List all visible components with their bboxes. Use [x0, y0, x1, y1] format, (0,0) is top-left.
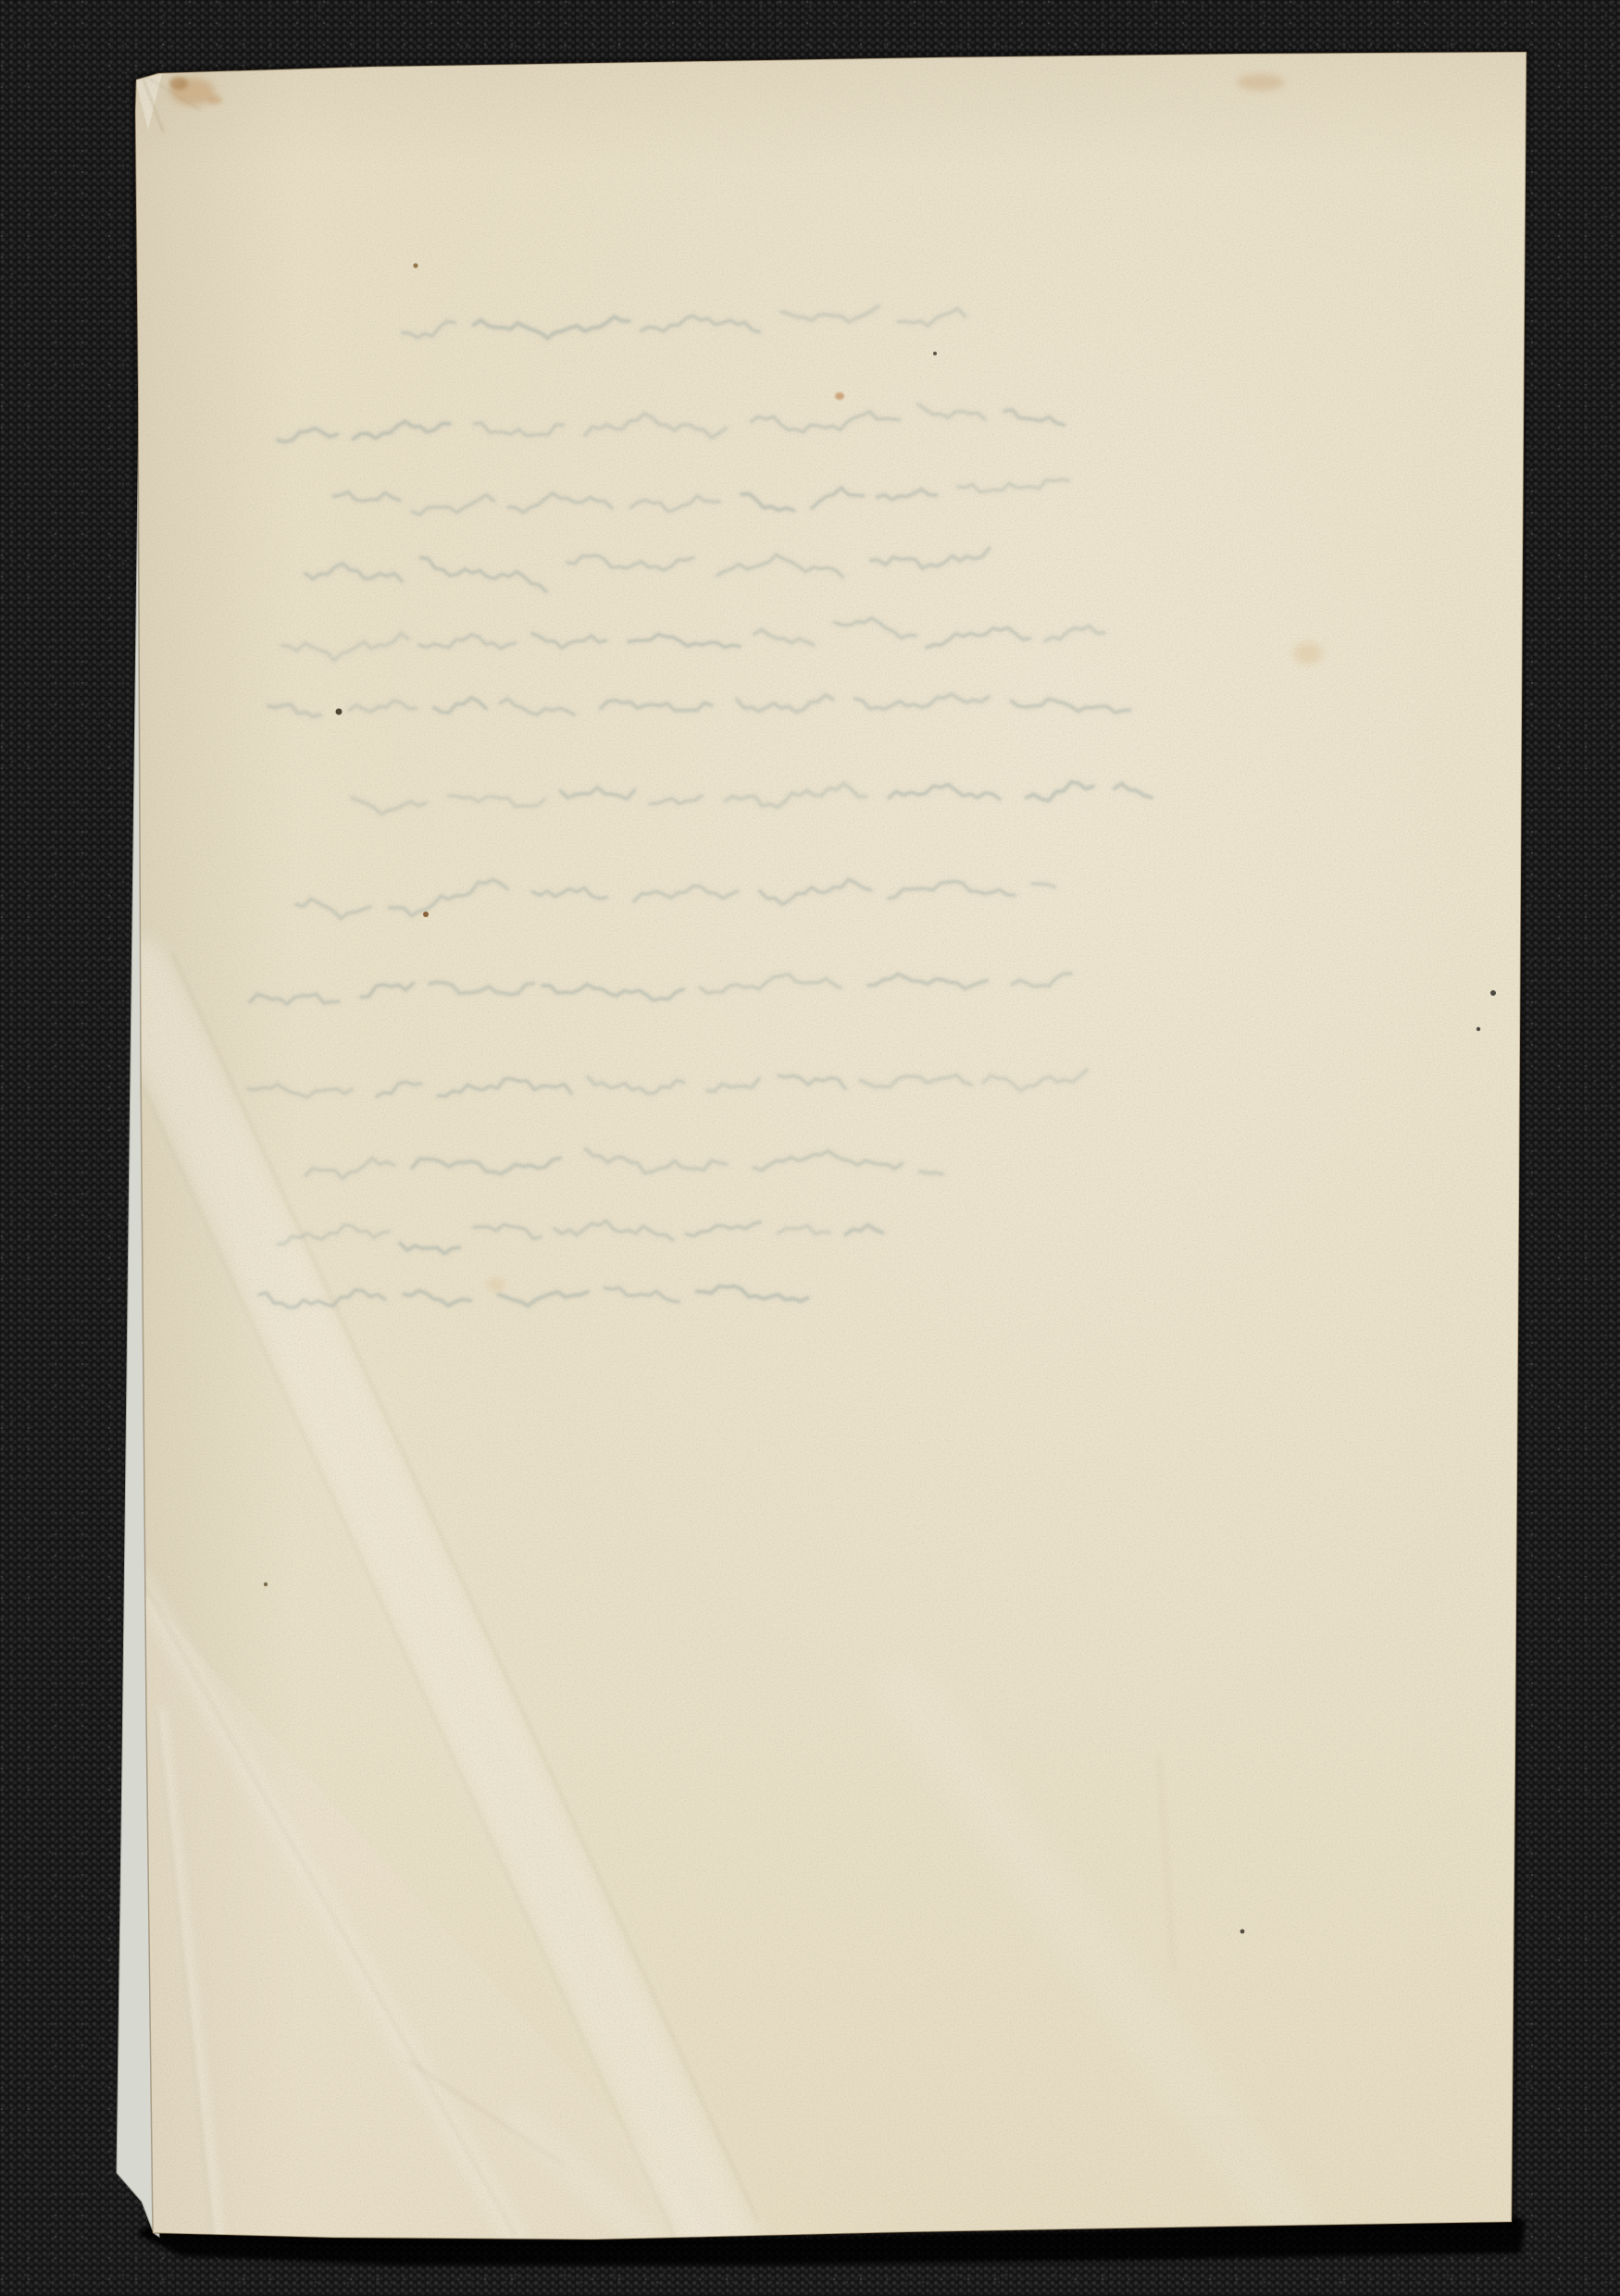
manuscript-scene — [0, 0, 1620, 2296]
photo-of-manuscript-page — [0, 0, 1620, 2296]
paper-grain-texture — [130, 46, 1532, 2249]
